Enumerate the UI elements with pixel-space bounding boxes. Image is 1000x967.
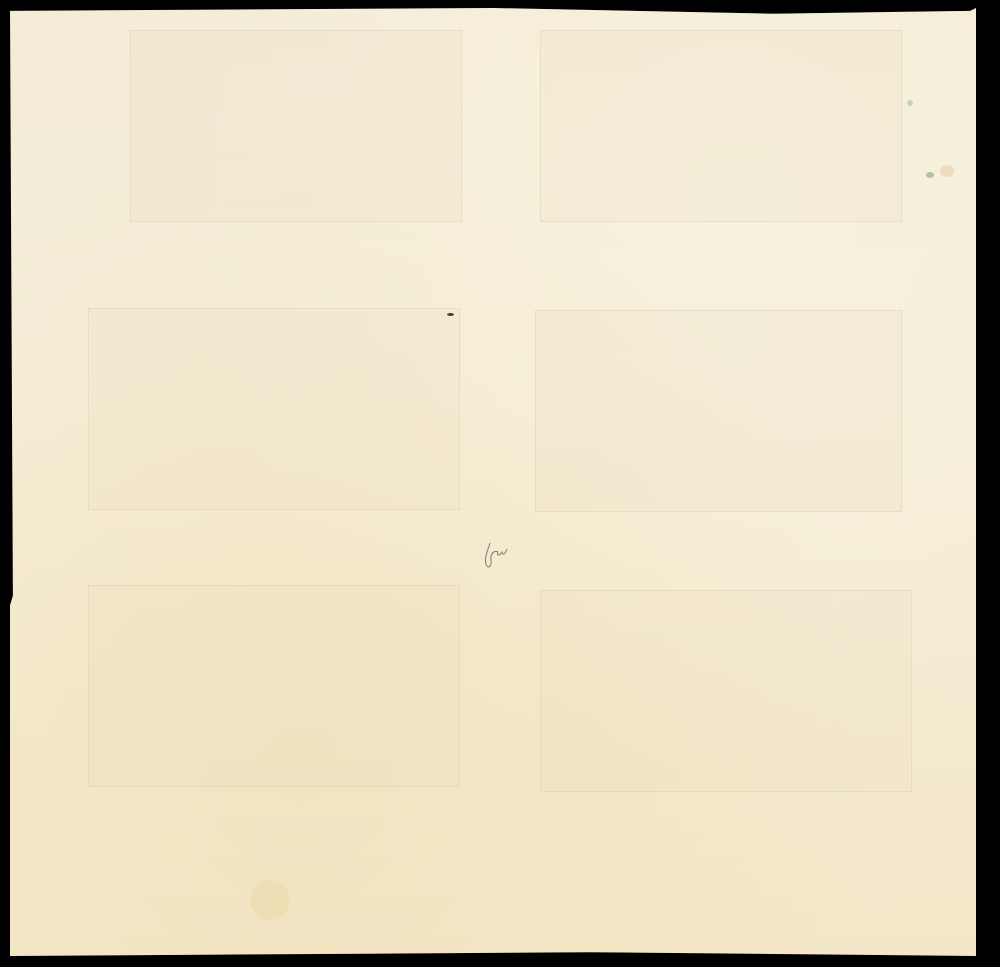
show-through-block-top-right — [540, 30, 902, 222]
show-through-block-middle-left — [88, 308, 460, 510]
ink-speck — [447, 313, 454, 316]
show-through-block-top-left — [130, 30, 462, 222]
show-through-block-middle-right — [535, 310, 902, 512]
pencil-signature-icon — [480, 540, 510, 574]
show-through-block-bottom-right — [540, 590, 912, 792]
foxing-stain — [940, 165, 954, 177]
foxing-stain — [250, 880, 290, 920]
green-speck — [907, 100, 913, 106]
green-speck — [926, 172, 934, 178]
show-through-block-bottom-left — [88, 585, 460, 787]
